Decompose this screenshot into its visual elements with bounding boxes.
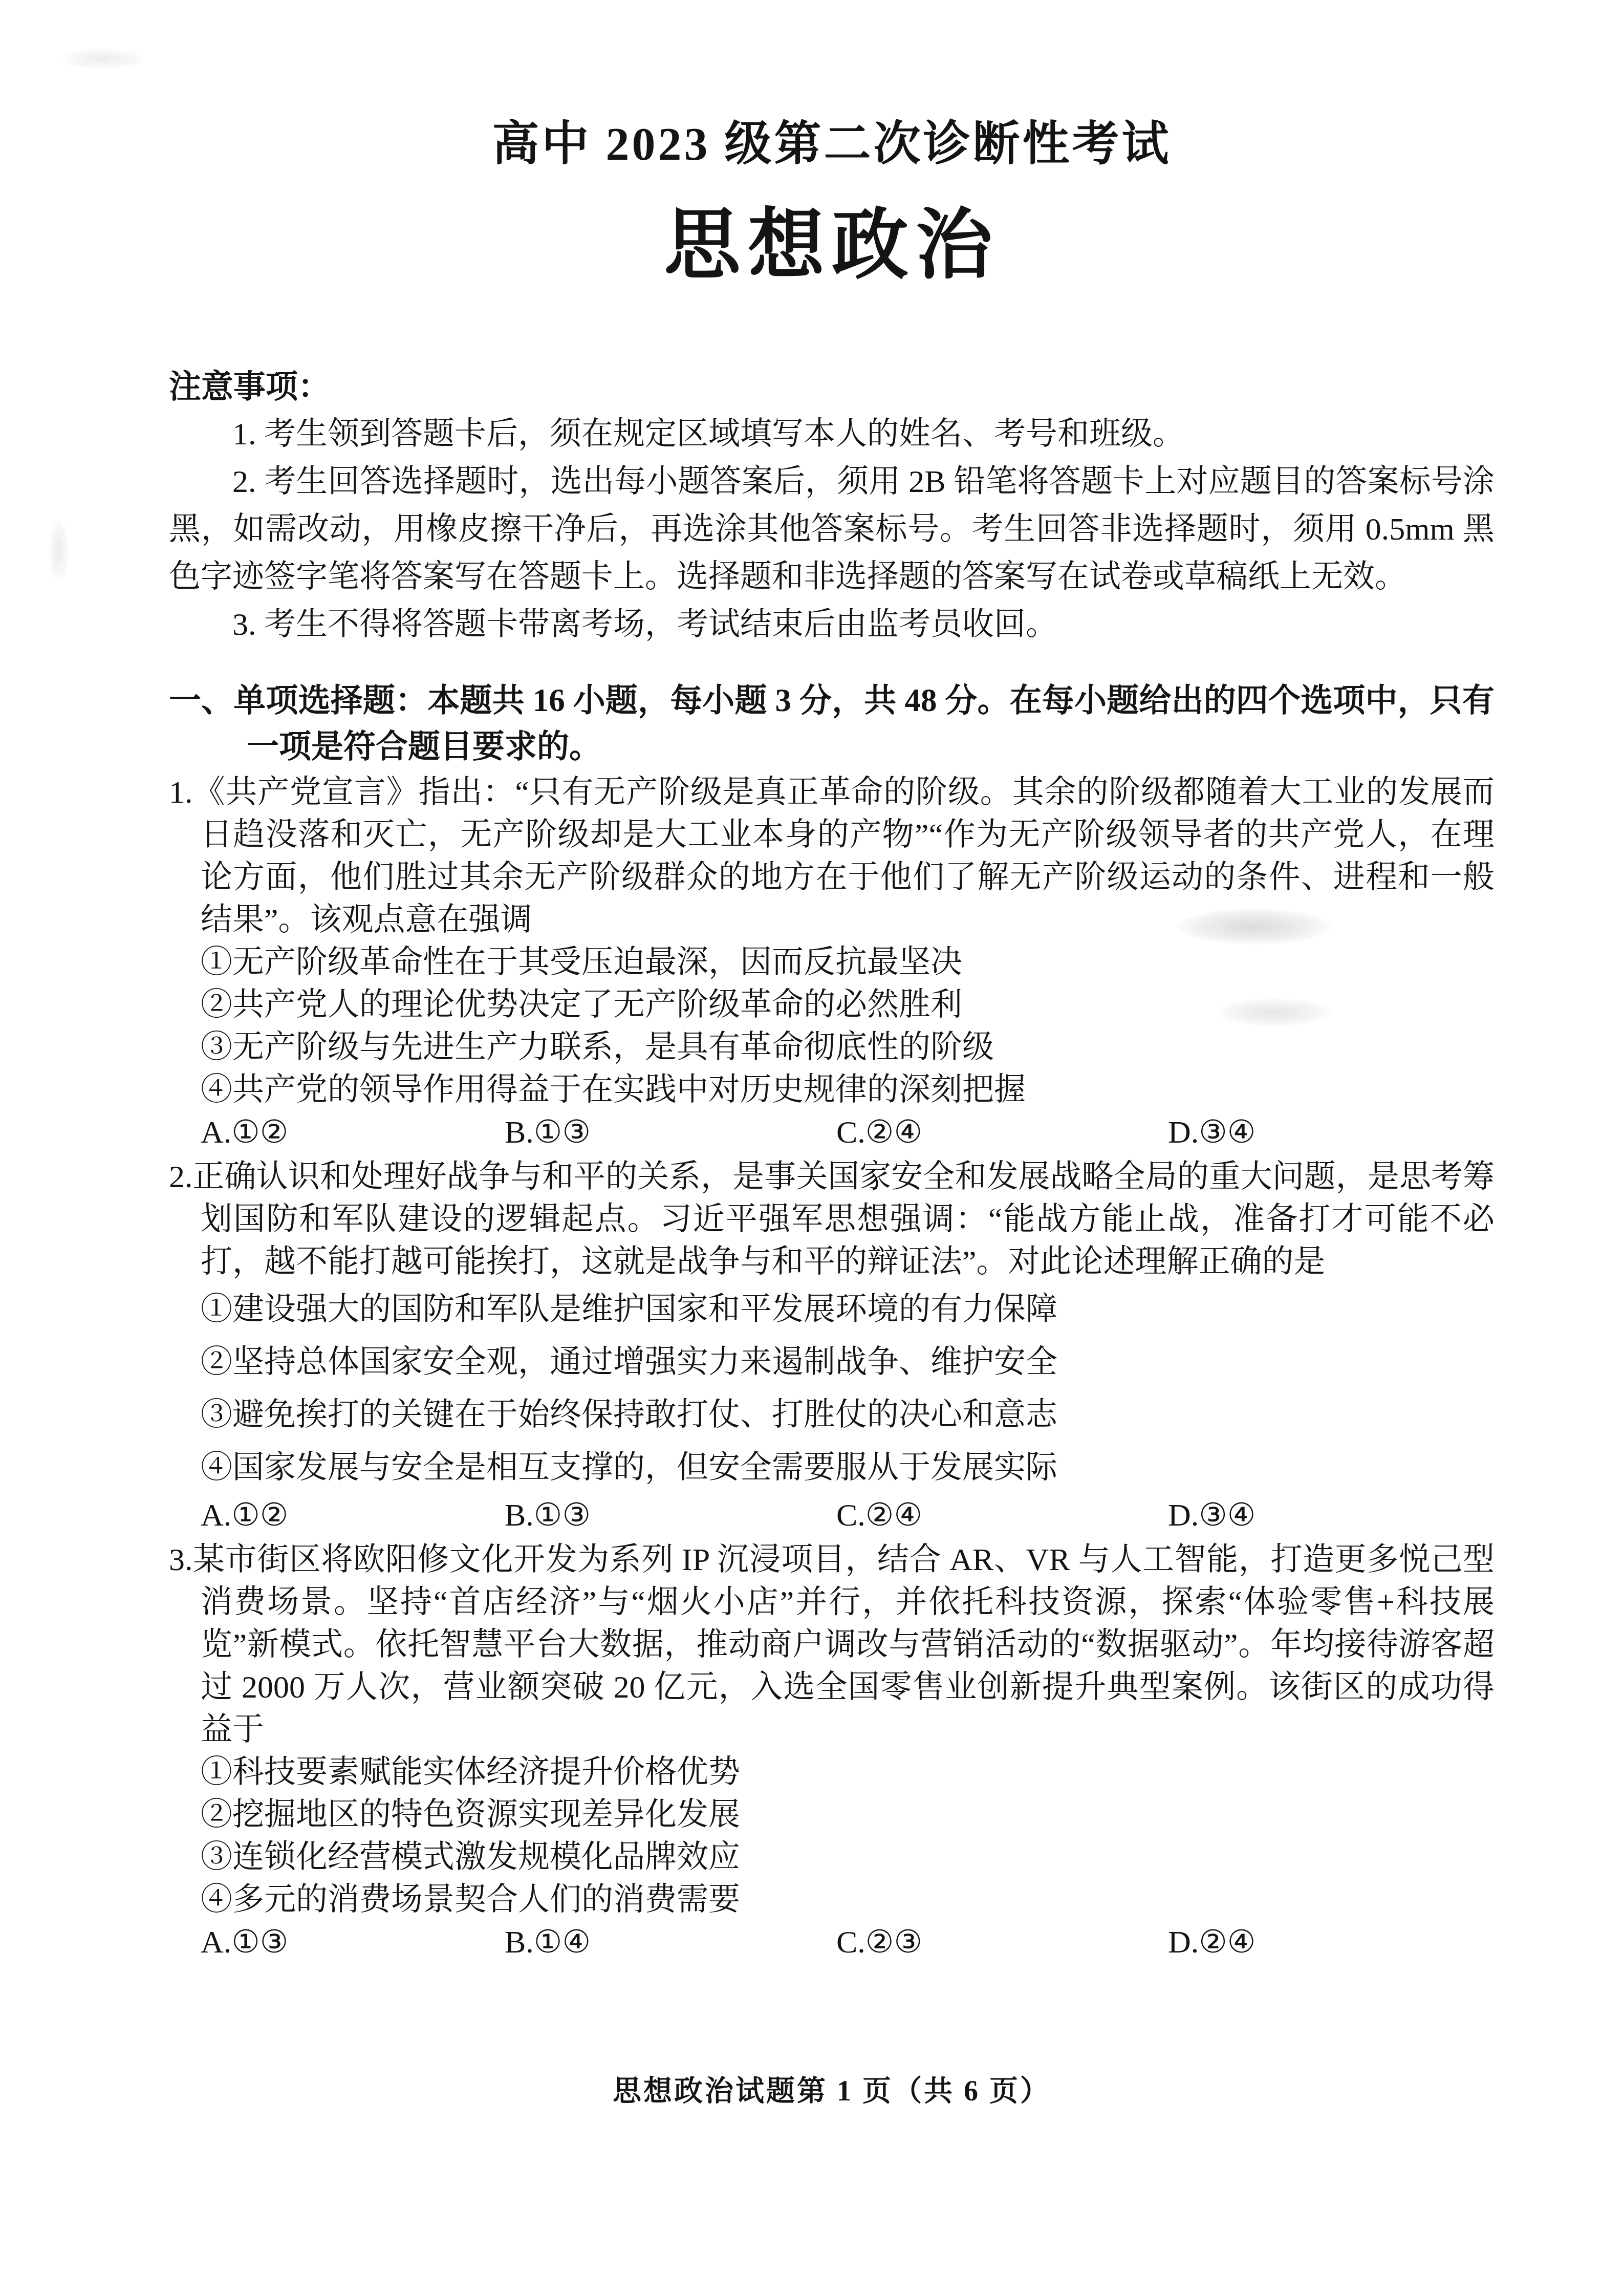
statement-4: ④多元的消费场景契合人们的消费需要 <box>201 1879 1495 1921</box>
question-stem-text: 某市街区将欧阳修文化开发为系列 IP 沉浸项目，结合 AR、VR 与人工智能，打… <box>193 1542 1495 1747</box>
option-c: C.②④ <box>836 1494 1168 1537</box>
statement-4: ④共产党的领导作用得益于在实践中对历史规律的深刻把握 <box>201 1069 1495 1111</box>
question-1: 1.《共产党宣言》指出：“只有无产阶级是真正革命的阶级。其余的阶级都随着大工业的… <box>169 771 1495 1154</box>
question-2: 2.正确认识和处理好战争与和平的关系，是事关国家安全和发展战略全局的重大问题，是… <box>169 1156 1495 1537</box>
question-statements: ①无产阶级革命性在于其受压迫最深，因而反抗最坚决 ②共产党人的理论优势决定了无产… <box>169 941 1495 1111</box>
exam-title: 高中 2023 级第二次诊断性考试 <box>169 116 1495 172</box>
question-number: 3. <box>169 1542 193 1577</box>
question-statements: ①建设强大的国防和军队是维护国家和平发展环境的有力保障 ②坚持总体国家安全观，通… <box>169 1283 1495 1494</box>
option-d: D.③④ <box>1168 1494 1255 1537</box>
question-number: 2. <box>169 1160 193 1194</box>
option-a: A.①③ <box>201 1921 505 1964</box>
section-heading: 一、单项选择题：本题共 16 小题，每小题 3 分，共 48 分。在每小题给出的… <box>169 677 1495 769</box>
statement-1: ①无产阶级革命性在于其受压迫最深，因而反抗最坚决 <box>201 941 1495 984</box>
question-3: 3.某市街区将欧阳修文化开发为系列 IP 沉浸项目，结合 AR、VR 与人工智能… <box>169 1539 1495 1964</box>
answer-options: A.①② B.①③ C.②④ D.③④ <box>169 1494 1495 1537</box>
statement-1: ①科技要素赋能实体经济提升价格优势 <box>201 1751 1495 1794</box>
scan-artifact <box>61 49 143 69</box>
question-stem: 3.某市街区将欧阳修文化开发为系列 IP 沉浸项目，结合 AR、VR 与人工智能… <box>169 1539 1495 1751</box>
answer-options: A.①③ B.①④ C.②③ D.②④ <box>169 1921 1495 1964</box>
option-d: D.③④ <box>1168 1111 1255 1154</box>
answer-options: A.①② B.①③ C.②④ D.③④ <box>169 1111 1495 1154</box>
question-stem-text: 正确认识和处理好战争与和平的关系，是事关国家安全和发展战略全局的重大问题，是思考… <box>193 1160 1495 1279</box>
statement-3: ③连锁化经营模式激发规模化品牌效应 <box>201 1836 1495 1879</box>
subject-title: 思想政治 <box>169 202 1495 290</box>
option-b: B.①③ <box>505 1111 836 1154</box>
notice-heading: 注意事项： <box>169 363 1495 411</box>
option-a: A.①② <box>201 1111 505 1154</box>
option-b: B.①③ <box>505 1494 836 1537</box>
question-statements: ①科技要素赋能实体经济提升价格优势 ②挖掘地区的特色资源实现差异化发展 ③连锁化… <box>169 1751 1495 1921</box>
statement-3: ③无产阶级与先进生产力联系，是具有革命彻底性的阶级 <box>201 1026 1495 1069</box>
option-b: B.①④ <box>505 1921 836 1964</box>
statement-2: ②坚持总体国家安全观，通过增强实力来遏制战争、维护安全 <box>201 1336 1495 1389</box>
statement-3: ③避免挨打的关键在于始终保持敢打仗、打胜仗的决心和意志 <box>201 1389 1495 1442</box>
page-content: 高中 2023 级第二次诊断性考试 思想政治 注意事项： 1. 考生领到答题卡后… <box>169 0 1495 1964</box>
notice-item: 1. 考生领到答题卡后，须在规定区域填写本人的姓名、考号和班级。 <box>169 411 1495 458</box>
question-stem: 1.《共产党宣言》指出：“只有无产阶级是真正革命的阶级。其余的阶级都随着大工业的… <box>169 771 1495 941</box>
page-footer: 思想政治试题第 1 页（共 6 页） <box>169 2068 1495 2109</box>
notice-item: 3. 考生不得将答题卡带离考场，考试结束后由监考员收回。 <box>169 601 1495 649</box>
option-c: C.②④ <box>836 1111 1168 1154</box>
statement-4: ④国家发展与安全是相互支撑的，但安全需要服从于发展实际 <box>201 1442 1495 1494</box>
option-a: A.①② <box>201 1494 505 1537</box>
statement-2: ②挖掘地区的特色资源实现差异化发展 <box>201 1794 1495 1836</box>
question-number: 1. <box>169 775 193 810</box>
option-c: C.②③ <box>836 1921 1168 1964</box>
scan-artifact <box>49 520 69 581</box>
notice-item: 2. 考生回答选择题时，选出每小题答案后，须用 2B 铅笔将答题卡上对应题目的答… <box>169 458 1495 601</box>
question-stem-text: 《共产党宣言》指出：“只有无产阶级是真正革命的阶级。其余的阶级都随着大工业的发展… <box>193 775 1495 937</box>
question-stem: 2.正确认识和处理好战争与和平的关系，是事关国家安全和发展战略全局的重大问题，是… <box>169 1156 1495 1283</box>
statement-2: ②共产党人的理论优势决定了无产阶级革命的必然胜利 <box>201 984 1495 1026</box>
notice-section: 注意事项： 1. 考生领到答题卡后，须在规定区域填写本人的姓名、考号和班级。 2… <box>169 363 1495 649</box>
statement-1: ①建设强大的国防和军队是维护国家和平发展环境的有力保障 <box>201 1283 1495 1336</box>
exam-paper-page: 高中 2023 级第二次诊断性考试 思想政治 注意事项： 1. 考生领到答题卡后… <box>0 0 1624 2296</box>
option-d: D.②④ <box>1168 1921 1255 1964</box>
